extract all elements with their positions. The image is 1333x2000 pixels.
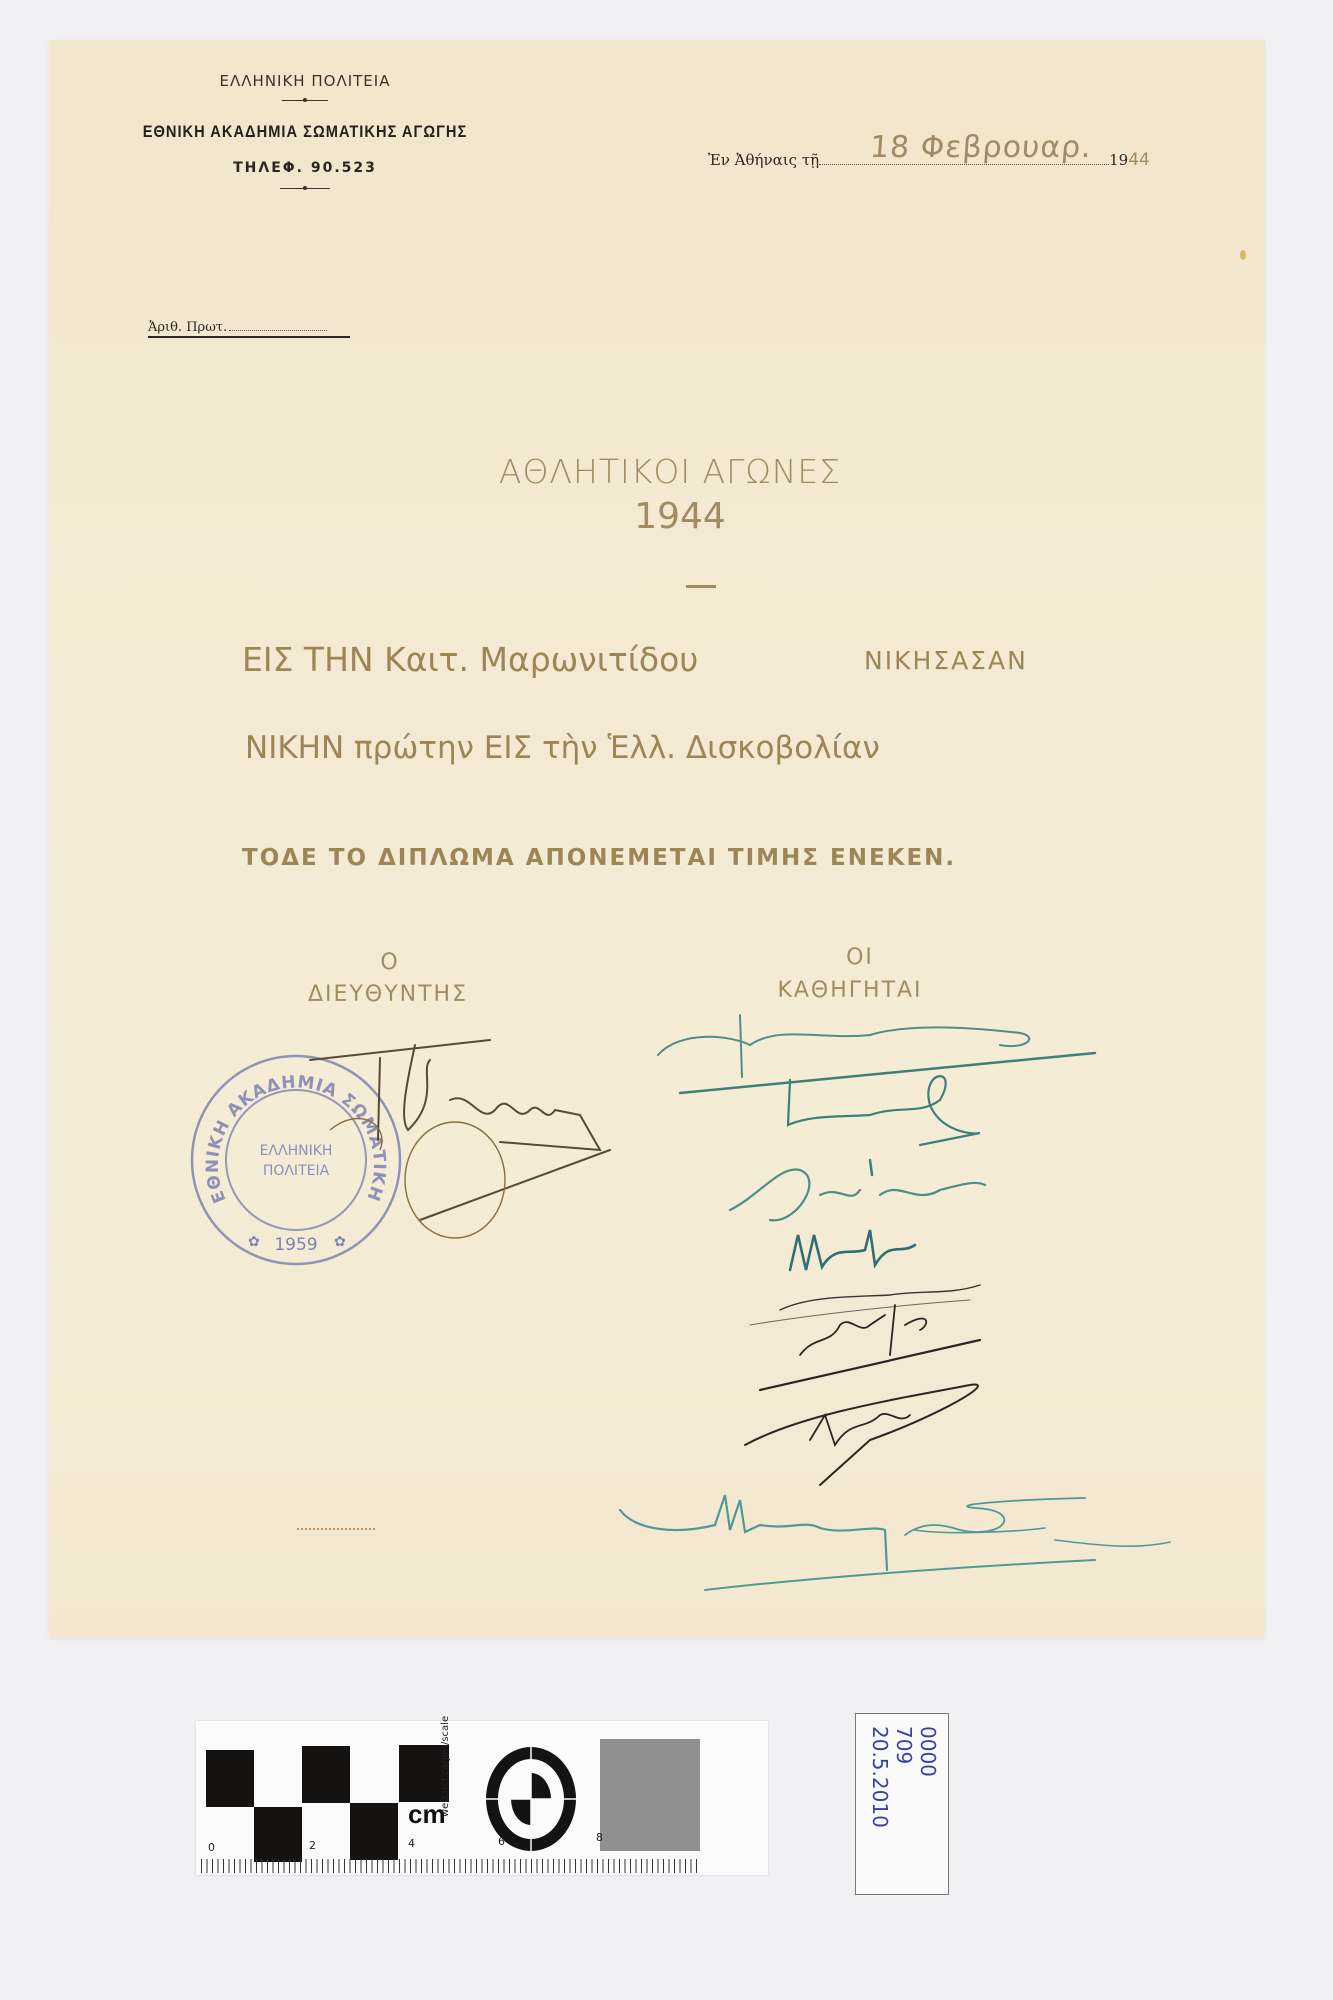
winner-word: ΝΙΚΗΣΑΣΑΝ	[864, 646, 1028, 675]
gray-patch	[600, 1739, 700, 1851]
diploma-year: 1944	[600, 496, 760, 537]
scale-square	[350, 1803, 398, 1860]
protocol-label: Ἀριθ. Πρωτ.	[148, 320, 227, 335]
professors-article: ΟΙ	[820, 945, 900, 970]
catalog-line1: 0000	[916, 1726, 940, 1882]
tick-label: 4	[408, 1837, 415, 1850]
award-line: ΤΟΔΕ ΤΟ ΔΙΠΛΩΜΑ ΑΠΟΝΕΜΕΤΑΙ ΤΙΜΗΣ ΕΝΕΚΕΝ.	[242, 845, 956, 871]
handwritten-date: 18 Φεβρουαρ.	[869, 130, 1093, 165]
catalog-line3: 20.5.2010	[868, 1726, 892, 1882]
protocol-blank	[229, 330, 327, 331]
letterhead-ornament	[280, 188, 330, 189]
letterhead-ornament	[282, 100, 328, 101]
tick-label: 2	[309, 1839, 316, 1852]
professors-title: ΚΑΘΗΓΗΤΑΙ	[720, 978, 980, 1003]
letterhead-state: ΕΛΛΗΝΙΚΗ ΠΟΛΙΤΕΙΑ	[140, 72, 470, 90]
catalog-tag-text: 0000 709 20.5.2010	[856, 1714, 948, 1894]
catalog-tag: 0000 709 20.5.2010	[855, 1713, 949, 1895]
color-scale-bar: cm web.ncf.ca/jim/scale 0 2 4 6 8	[196, 1721, 768, 1875]
tick-label: 8	[596, 1831, 603, 1844]
tick-label: 6	[498, 1835, 505, 1848]
scale-square	[254, 1807, 302, 1862]
catalog-line2: 709	[892, 1726, 916, 1882]
diploma-title: ΑΘΛΗΤΙΚΟΙ ΑΓΩΝΕΣ	[480, 452, 860, 491]
director-article: Ο	[350, 950, 430, 975]
scale-square	[206, 1750, 254, 1807]
paper-stain	[1240, 250, 1246, 260]
tick-label: 0	[208, 1841, 215, 1854]
event-line: ΝΙΚΗΝ πρώτην ΕΙΣ τὴν Ἑλλ. Δισκοβολίαν	[245, 730, 880, 766]
dateline-year-printed: 19	[1109, 151, 1128, 169]
letterhead-institution: ΕΘΝΙΚΗ ΑΚΑΔΗΜΙΑ ΣΩΜΑΤΙΚΗΣ ΑΓΩΓΗΣ	[129, 122, 482, 142]
large-teal-signature-icon	[615, 1490, 1195, 1600]
svg-text:✿: ✿	[248, 1234, 260, 1250]
director-signature-icon	[300, 1030, 620, 1250]
protocol-number-field: Ἀριθ. Πρωτ.	[148, 320, 350, 338]
dateline-prefix: Ἐν Ἀθήναις τῇ	[708, 151, 819, 169]
ink-mark	[297, 1528, 375, 1532]
letterhead-phone: ΤΗΛΕΦ. 90.523	[140, 160, 470, 176]
divider-dash	[686, 585, 716, 588]
dateline-year-handwritten: 44	[1128, 150, 1150, 170]
registration-target-icon	[481, 1743, 581, 1855]
scale-square	[302, 1746, 350, 1803]
scale-url: web.ncf.ca/jim/scale	[440, 1707, 451, 1817]
recipient-line: ΕΙΣ ΤΗΝ Καιτ. Μαρωνιτίδου	[242, 640, 698, 679]
director-title: ΔΙΕΥΘΥΝΤΗΣ	[268, 982, 508, 1007]
